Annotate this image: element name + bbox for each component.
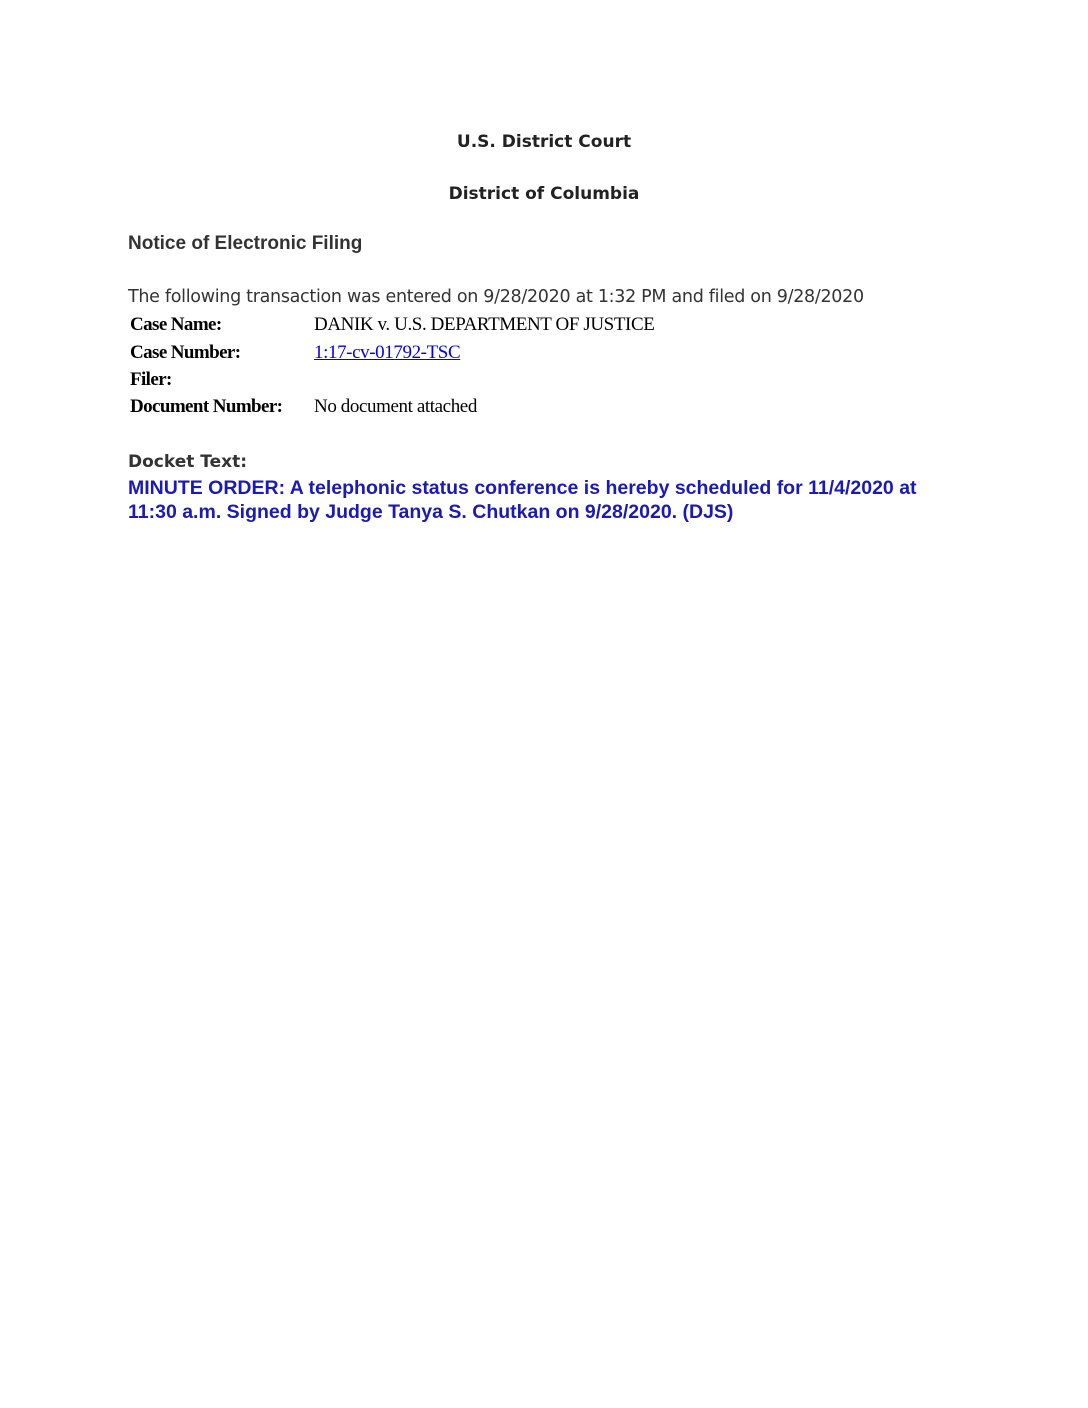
case-number-label: Case Number:	[130, 342, 240, 364]
court-name: U.S. District Court	[0, 132, 1088, 152]
document-number-value: No document attached	[314, 396, 477, 418]
filer-label: Filer:	[130, 369, 172, 391]
transaction-text: The following transaction was entered on…	[128, 287, 864, 307]
docket-text: MINUTE ORDER: A telephonic status confer…	[128, 476, 958, 524]
docket-text-label: Docket Text:	[128, 452, 247, 472]
notice-title: Notice of Electronic Filing	[128, 233, 362, 255]
case-name-label: Case Name:	[130, 314, 222, 336]
case-name-value: DANIK v. U.S. DEPARTMENT OF JUSTICE	[314, 314, 654, 336]
case-number-link[interactable]: 1:17-cv-01792-TSC	[314, 342, 460, 363]
district-name: District of Columbia	[0, 184, 1088, 204]
document-number-label: Document Number:	[130, 396, 282, 418]
document-page: U.S. District Court District of Columbia…	[0, 0, 1088, 1408]
